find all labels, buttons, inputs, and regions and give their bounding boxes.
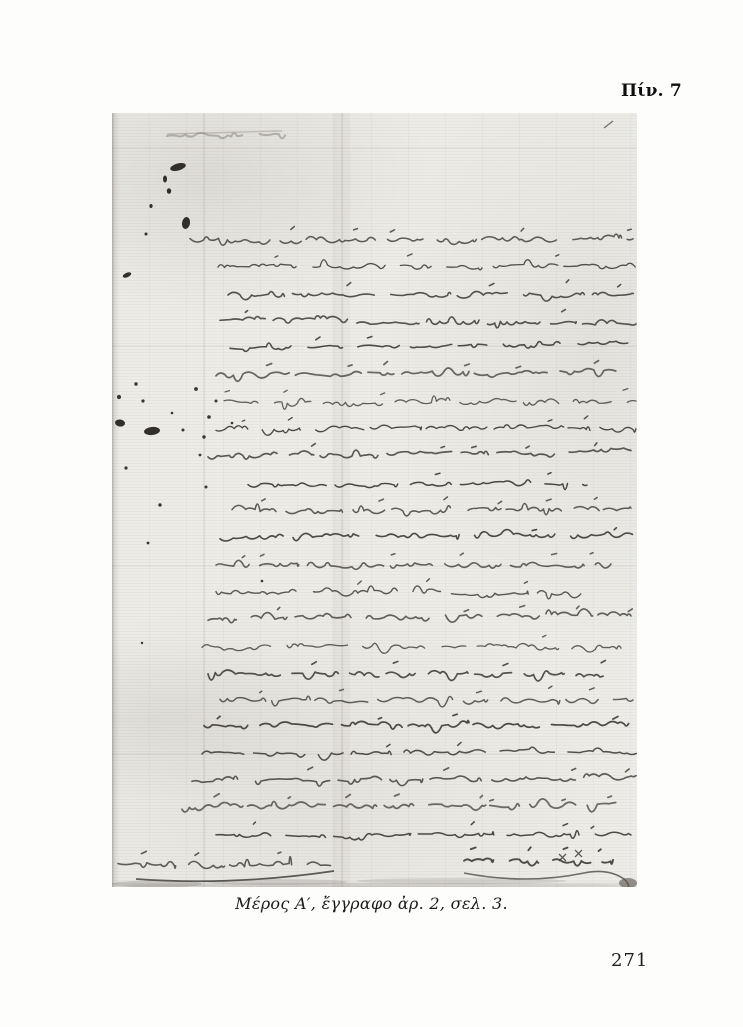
- figure-caption: Μέρος Α′, ἔγγραφο ἀρ. 2, σελ. 3.: [0, 894, 743, 913]
- handwriting-rendering: [112, 113, 637, 887]
- plate-label: Πίν. 7: [621, 81, 682, 101]
- manuscript-scan: [112, 113, 637, 887]
- book-page: Πίν. 7 Μέρος Α′, ἔγγραφο ἀρ. 2, σελ. 3. …: [0, 0, 743, 1027]
- page-number: 271: [611, 950, 648, 971]
